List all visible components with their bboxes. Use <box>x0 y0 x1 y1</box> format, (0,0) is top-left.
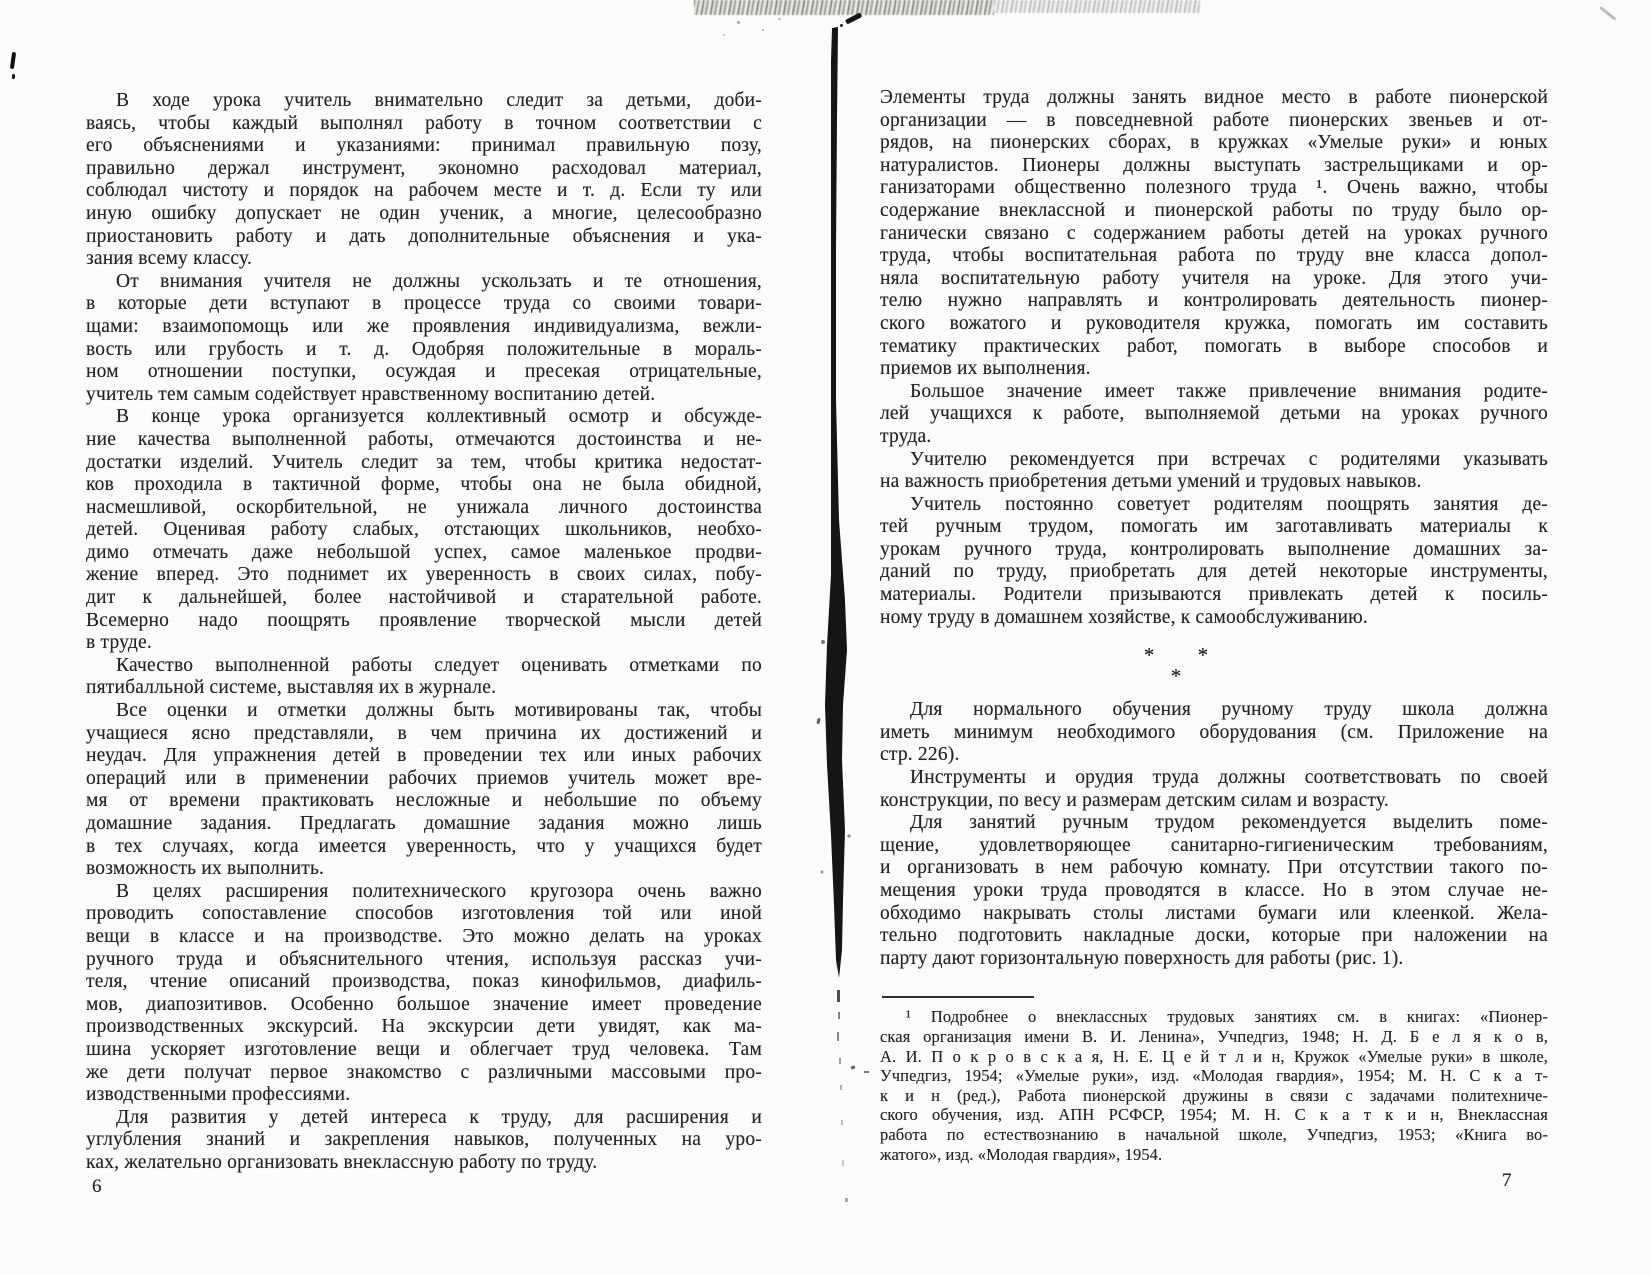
text-line: Большое значение имеет также привлечение… <box>880 381 1548 404</box>
text-line: в труде. <box>86 632 762 655</box>
scan-speck <box>762 29 764 31</box>
text-line: вещи в классе и на производстве. Это мож… <box>86 926 762 949</box>
text-line: жение вперед. Это поднимет их уверенност… <box>86 564 762 587</box>
text-line: операций или в применении рабочих приемо… <box>86 768 762 791</box>
text-line: ¹ Подробнее о внеклассных трудовых занят… <box>880 1007 1548 1027</box>
text-line: ном отношении поступки, осуждая и пресек… <box>86 361 762 384</box>
text-line: труда. <box>880 426 1548 449</box>
scan-artifact-gutter-shadow <box>790 0 860 1275</box>
text-line: даний по труду, приобретать для детей не… <box>880 561 1548 584</box>
text-line: иную ошибку допускает не один ученик, а … <box>86 203 762 226</box>
text-line: на важность приобретения детьми умений и… <box>880 471 1548 494</box>
text-line: тематику практических работ, помогать в … <box>880 336 1548 359</box>
page-right-text-bottom: Для нормального обучения ручному труду ш… <box>880 699 1548 970</box>
text-line: учитель тем самым содействует нравственн… <box>86 384 762 407</box>
text-line: жатого», изд. «Молодая гвардия», 1954. <box>880 1145 1548 1165</box>
text-line: конструкции, по весу и размерам детским … <box>880 790 1548 813</box>
text-line: Всемерно надо поощрять проявление творче… <box>86 610 762 633</box>
text-line: шина ускоряет изготовление вещи и облегч… <box>86 1039 762 1062</box>
page-number-left: 6 <box>92 1176 102 1198</box>
text-line: От внимания учителя не должны ускользать… <box>86 271 762 294</box>
text-line: соблюдал чистоту и порядок на рабочем ме… <box>86 180 762 203</box>
text-line: проводить сопоставление способов изготов… <box>86 903 762 926</box>
text-line: щами: взаимопомощь или же проявления инд… <box>86 316 762 339</box>
text-line: Элементы труда должны занять видное мест… <box>880 87 1548 110</box>
scan-artifact-top-edge-light <box>994 0 1200 13</box>
text-line: стр. 226). <box>880 744 1548 767</box>
text-line: детей. Оценивая работу слабых, отстающих… <box>86 519 762 542</box>
text-line: телю нужно направлять и контролировать д… <box>880 290 1548 313</box>
text-line: ганизаторами общественно полезного труда… <box>880 177 1548 200</box>
text-line: Для нормального обучения ручному труду ш… <box>880 699 1548 722</box>
text-line: возможность их выполнить. <box>86 858 762 881</box>
text-line: Учитель постоянно советует родителям поо… <box>880 494 1548 517</box>
text-line: урокам ручного труда, контролировать вып… <box>880 539 1548 562</box>
text-line: Все оценки и отметки должны быть мотивир… <box>86 700 762 723</box>
scan-artifact-ink-mark-dot <box>12 74 15 79</box>
section-divider: * * * <box>842 643 1510 687</box>
scan-speck <box>864 1071 869 1073</box>
text-line: неудач. Для упражнения детей в проведени… <box>86 745 762 768</box>
text-line: же дети получат первое знакомство с разл… <box>86 1062 762 1085</box>
text-line: ская организация имени В. И. Ленина», Уч… <box>880 1027 1548 1047</box>
text-line: А. И. П о к р о в с к а я, Н. Е. Ц е й т… <box>880 1047 1548 1067</box>
text-line: насмешливой, оскорбительной, не унижала … <box>86 497 762 520</box>
scan-speck <box>778 18 781 20</box>
text-line: ному труду в домашнем хозяйстве, к самоо… <box>880 607 1548 630</box>
text-line: теля, чтение описаний производства, пока… <box>86 971 762 994</box>
text-line: ского обучения, изд. АПН РСФСР, 1954; М.… <box>880 1105 1548 1125</box>
page-number-right: 7 <box>1502 1170 1512 1192</box>
text-line: Учителю рекомендуется при встречах с род… <box>880 449 1548 472</box>
text-line: димо отмечать даже небольшой успех, само… <box>86 542 762 565</box>
text-line: ганически связано с содержанием работы д… <box>880 223 1548 246</box>
text-line: тей ручным трудом, помогать им заготавли… <box>880 516 1548 539</box>
text-line: дит к дальнейшей, более настойчивой и ст… <box>86 587 762 610</box>
text-line: иметь минимум необходимого оборудования … <box>880 722 1548 745</box>
text-line: мещения уроки труда проводятся в классе.… <box>880 880 1548 903</box>
text-line: тельно подготовить накладные доски, кото… <box>880 925 1548 948</box>
text-line: ние качества выполненной работы, отмечаю… <box>86 429 762 452</box>
text-line: правильно держал инструмент, экономно ра… <box>86 158 762 181</box>
text-line: мя от времени практиковать несложные и н… <box>86 790 762 813</box>
text-line: учащиеся ясно представляли, в чем причин… <box>86 723 762 746</box>
text-line: ского вожатого и руководителя кружка, по… <box>880 313 1548 336</box>
text-line: приостановить работу и дать дополнительн… <box>86 226 762 249</box>
text-line: изводственными профессиями. <box>86 1084 762 1107</box>
text-line: домашние задания. Предлагать домашние за… <box>86 813 762 836</box>
footnote-text: ¹ Подробнее о внеклассных трудовых занят… <box>880 1007 1548 1164</box>
text-line: организации — в повседневной работе пион… <box>880 110 1548 133</box>
text-line: рядов, на пионерских сборах, в кружках «… <box>880 132 1548 155</box>
text-line: обходимо накрывать столы листами бумаги … <box>880 903 1548 926</box>
text-line: приемов их выполнения. <box>880 358 1548 381</box>
text-line: его объяснениями и указаниями: принимал … <box>86 135 762 158</box>
text-line: ков проходила в тактичной форме, чтобы о… <box>86 474 762 497</box>
scan-speck <box>723 34 725 36</box>
text-line: ваясь, чтобы каждый выполнял работу в то… <box>86 113 762 136</box>
scan-artifact-scratch <box>1599 6 1616 20</box>
divider-asterisk-bottom: * <box>842 667 1510 687</box>
text-line: Для занятий ручным трудом рекомендуется … <box>880 812 1548 835</box>
text-line: работа по естествознанию в начальной шко… <box>880 1125 1548 1145</box>
text-line: парту дают горизонтальную поверхность дл… <box>880 948 1548 971</box>
text-line: зания всему классу. <box>86 248 762 271</box>
text-line: в которые дети вступают в процессе труда… <box>86 293 762 316</box>
text-line: няла воспитательную работу учителя на ур… <box>880 268 1548 291</box>
text-line: углубления знаний и закрепления навыков,… <box>86 1129 762 1152</box>
text-line: Для развития у детей интереса к труду, д… <box>86 1107 762 1130</box>
text-line: В целях расширения политехнического круг… <box>86 881 762 904</box>
scan-speck <box>737 21 740 24</box>
text-line: мов, диапозитивов. Особенно большое знач… <box>86 994 762 1017</box>
page-right-text-top: Элементы труда должны занять видное мест… <box>880 87 1548 629</box>
page-right-content: Элементы труда должны занять видное мест… <box>880 87 1548 1164</box>
footnote-rule <box>882 996 1034 998</box>
text-line: ручного труда и объяснительного чтения, … <box>86 949 762 972</box>
text-line: к и н (ред.), Работа пионерской дружины … <box>880 1086 1548 1106</box>
text-line: и организовать в нем рабочую комнату. Пр… <box>880 857 1548 880</box>
text-line: достатки изделий. Учитель следит за тем,… <box>86 452 762 475</box>
text-line: В ходе урока учитель внимательно следит … <box>86 90 762 113</box>
text-line: вость или грубость и т. д. Одобряя полож… <box>86 339 762 362</box>
book-spread: В ходе урока учитель внимательно следит … <box>0 0 1650 1275</box>
scan-artifact-ink-mark <box>10 52 16 69</box>
text-line: Качество выполненной работы следует оцен… <box>86 655 762 678</box>
text-line: натуралистов. Пионеры должны выступать з… <box>880 155 1548 178</box>
text-line: ках, желательно организовать внеклассную… <box>86 1152 762 1175</box>
text-line: лей учащихся к работе, выполняемой детьм… <box>880 403 1548 426</box>
text-line: В конце урока организуется коллективный … <box>86 406 762 429</box>
text-line: производственных экскурсий. На экскурсии… <box>86 1016 762 1039</box>
text-line: пятибалльной системе, выставляя их в жур… <box>86 677 762 700</box>
text-line: щение, удовлетворяющее санитарно-гигиени… <box>880 835 1548 858</box>
text-line: Инструменты и орудия труда должны соотве… <box>880 767 1548 790</box>
text-line: содержание внеклассной и пионерской рабо… <box>880 200 1548 223</box>
page-left-text: В ходе урока учитель внимательно следит … <box>86 90 762 1175</box>
text-line: в тех случаях, когда имеется уверенность… <box>86 836 762 859</box>
text-line: материалы. Родители призываются привлека… <box>880 584 1548 607</box>
text-line: Учпедгиз, 1954; «Умелые руки», изд. «Мол… <box>880 1066 1548 1086</box>
text-line: труда, чтобы воспитательная работа по тр… <box>880 245 1548 268</box>
